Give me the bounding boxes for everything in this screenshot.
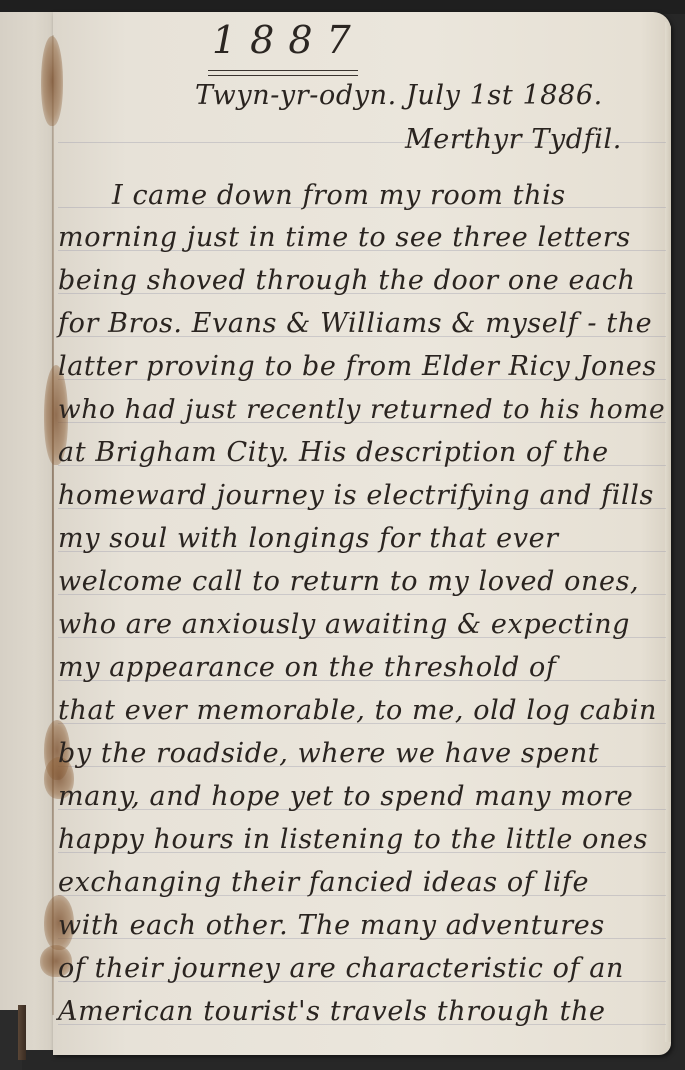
page-right-edge: [665, 22, 671, 1042]
page-year-heading: 1887: [212, 18, 365, 62]
body-line: latter proving to be from Elder Ricy Jon…: [58, 351, 657, 382]
body-line: being shoved through the door one each: [58, 265, 635, 296]
body-line: with each other. The many adventures: [58, 910, 605, 941]
body-line: my soul with longings for that ever: [58, 523, 559, 554]
placeline: Merthyr Tydfil.: [405, 124, 622, 155]
binding-edge: [18, 1005, 26, 1060]
body-line: welcome call to return to my loved ones,: [58, 566, 639, 597]
heading-underline: [208, 75, 358, 76]
body-line: by the roadside, where we have spent: [58, 738, 599, 769]
dateline: Twyn-yr-odyn. July 1st 1886.: [195, 80, 603, 111]
body-line: happy hours in listening to the little o…: [58, 824, 648, 855]
body-line: who are anxiously awaiting & expecting: [58, 609, 630, 640]
body-line: that ever memorable, to me, old log cabi…: [58, 695, 657, 726]
body-line: my appearance on the threshold of: [58, 652, 556, 683]
body-line: homeward journey is electrifying and fil…: [58, 480, 654, 511]
body-line: of their journey are characteristic of a…: [58, 953, 624, 984]
body-line: American tourist's travels through the: [58, 996, 606, 1027]
body-line: morning just in time to see three letter…: [58, 222, 631, 253]
body-line: who had just recently returned to his ho…: [58, 394, 665, 425]
body-line: for Bros. Evans & Williams & myself - th…: [58, 308, 652, 339]
body-line: at Brigham City. His description of the: [58, 437, 609, 468]
water-stain: [41, 36, 63, 126]
facing-page-edge: [0, 12, 58, 1050]
body-line: I came down from my room this: [112, 180, 566, 211]
body-line: exchanging their fancied ideas of life: [58, 867, 589, 898]
scanned-journal-photo: 1887 Twyn-yr-odyn. July 1st 1886. Merthy…: [0, 0, 685, 1070]
body-line: many, and hope yet to spend many more: [58, 781, 633, 812]
heading-underline: [208, 70, 358, 71]
gutter-fold: [52, 35, 54, 1015]
